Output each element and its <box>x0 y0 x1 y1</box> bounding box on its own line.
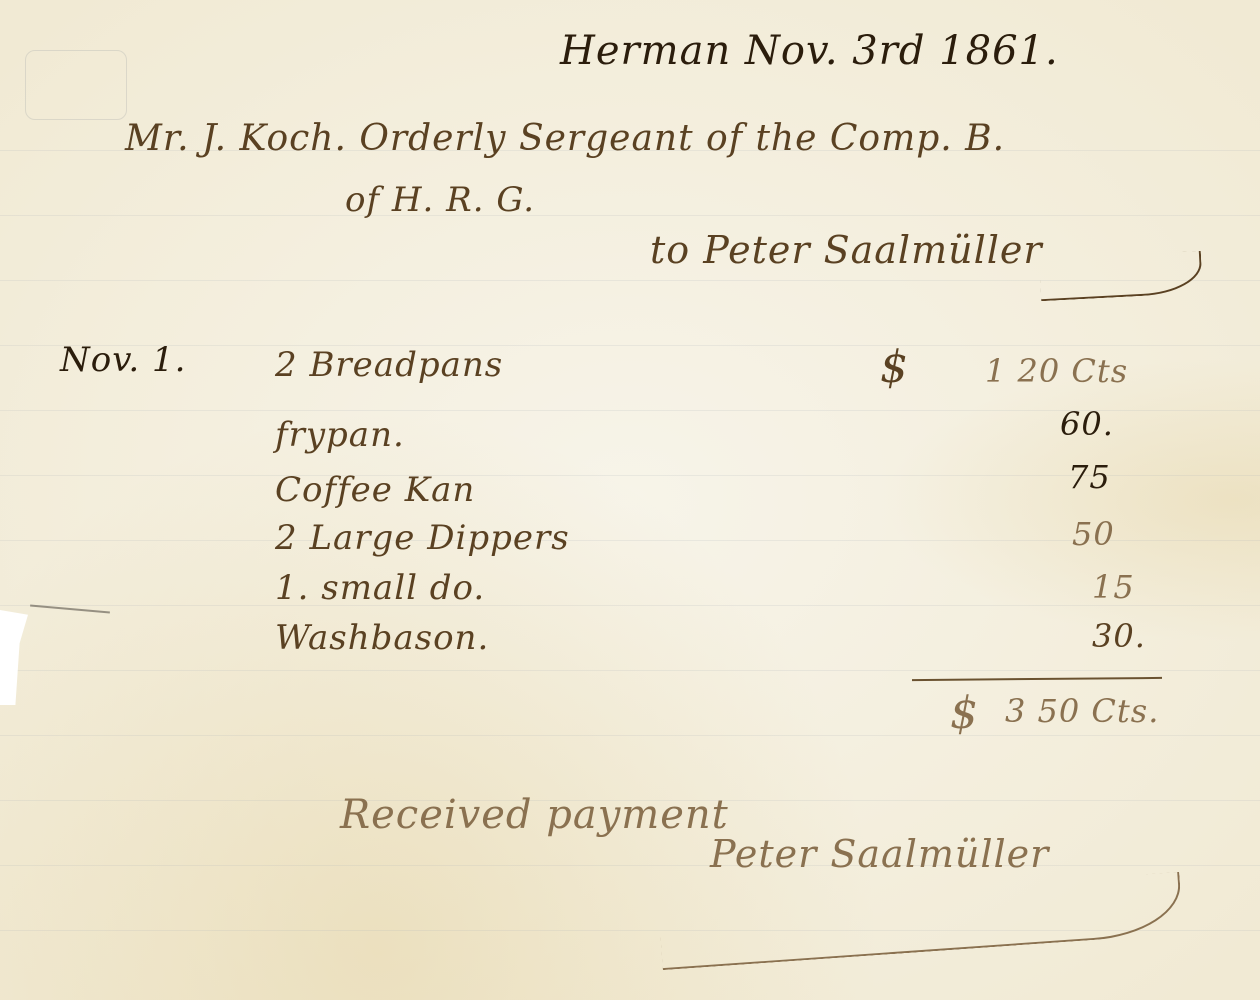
item-amount: 1 20 Cts <box>985 352 1128 390</box>
dollar-sign: $ <box>880 342 909 393</box>
signature: Peter Saalmüller <box>710 832 1049 876</box>
item-amount: 15 <box>1092 568 1135 606</box>
payee-line: to Peter Saalmüller <box>650 228 1043 272</box>
addressee-line-1: Mr. J. Koch. Orderly Sergeant of the Com… <box>125 118 1005 159</box>
ruled-line <box>0 540 1260 541</box>
embossed-stamp <box>25 50 127 120</box>
signature-underline-flourish <box>658 872 1183 970</box>
total-rule <box>912 677 1162 681</box>
place-date-heading: Herman Nov. 3rd 1861. <box>560 28 1059 74</box>
ruled-line <box>0 605 1260 606</box>
item-amount: 60. <box>1060 405 1114 443</box>
ruled-line <box>0 865 1260 866</box>
ruled-line <box>0 345 1260 346</box>
addressee-line-2: of H. R. G. <box>345 180 535 220</box>
signature-flourish <box>1039 251 1203 301</box>
item-description: Coffee Kan <box>275 470 475 510</box>
item-amount: 75 <box>1068 458 1111 496</box>
total-amount: 3 50 Cts. <box>1005 692 1159 730</box>
item-description: 2 Breadpans <box>275 345 503 385</box>
torn-edge <box>0 610 28 705</box>
received-payment-text: Received payment <box>340 792 729 838</box>
item-amount: 30. <box>1092 617 1146 655</box>
total-dollar-sign: $ <box>950 688 979 739</box>
ruled-line <box>0 670 1260 671</box>
item-amount: 50 <box>1072 515 1115 553</box>
item-description: Washbason. <box>275 618 489 658</box>
item-description: frypan. <box>275 415 405 455</box>
ruled-line <box>0 735 1260 736</box>
ruled-line <box>0 215 1260 216</box>
item-description: 1. small do. <box>275 568 485 608</box>
entry-date: Nov. 1. <box>60 340 186 380</box>
paper-document: Herman Nov. 3rd 1861. Mr. J. Koch. Order… <box>0 0 1260 1000</box>
item-description: 2 Large Dippers <box>275 518 570 558</box>
